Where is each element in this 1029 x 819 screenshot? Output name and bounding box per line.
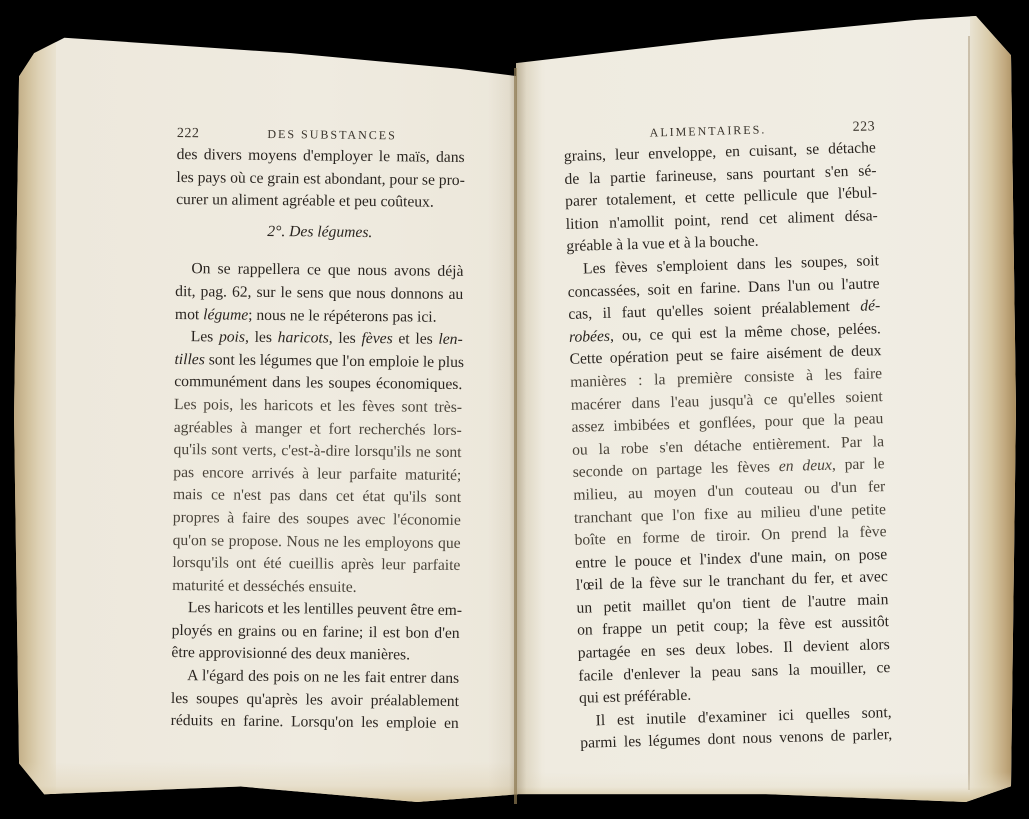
text-fragment: et les [393,330,439,347]
text-fragment: , par le [832,455,885,473]
text-line: les pays où ce grain est abondant, pour … [176,167,464,193]
left-page-edge-stack [14,30,56,802]
italic-term: robées [569,328,610,346]
text-line: A l'égard des pois on ne les fait entrer… [171,665,459,691]
italic-term: en deux [779,457,832,475]
italic-term: dé- [860,297,880,315]
right-page-edge-stack [970,16,1016,802]
left-running-head: 222 DES SUBSTANCES [177,122,465,145]
text-line: être approvisionné des deux manières. [171,642,459,668]
italic-term: pois [219,329,245,346]
right-page-bottom-stain [516,772,1016,802]
text-line: pas encore arrivés à leur parfaite matur… [173,462,461,488]
italic-term: fèves [361,330,392,347]
text-line: qu'on se propose. Nous ne les employons … [172,529,460,555]
italic-term: haricots [278,329,329,347]
text-fragment: Les [191,328,219,345]
text-fragment: ; nous ne le répéterons pas ici. [248,306,437,325]
text-line: tilles sont les légumes que l'on emploie… [174,349,462,375]
text-line: ployés en grains ou en farine; il est bo… [172,620,460,646]
text-line: réduits en farine. Lorsqu'on les emploie… [171,710,459,736]
text-fragment: sont les légumes que l'on emploie le plu… [205,351,464,371]
section-heading: 2°. Des légumes. [176,220,464,246]
text-fragment: mot [175,306,203,323]
left-page-text: 222 DES SUBSTANCES des divers moyens d'e… [171,122,465,736]
text-line: propres à faire des soupes avec l'économ… [173,507,461,533]
left-page-bottom-stain [14,762,518,802]
text-line: mais ce n'est pas dans cet état qu'ils s… [173,484,461,510]
page-number: 222 [177,123,200,146]
text-line: On se rappellera ce que nous avons déjà [175,258,463,284]
italic-term: tilles [174,351,205,368]
text-line: Les pois, les haricots, les fèves et les… [175,326,463,352]
book-spine [514,68,517,804]
right-gutter-shadow [516,16,542,802]
right-page-text: ALIMENTAIRES. 223 grains, leur enveloppe… [563,115,893,755]
text-line: les soupes qu'après les avoir préalablem… [171,688,459,714]
text-fragment: seconde on partage les fèves [573,458,780,481]
italic-term: len- [438,331,462,348]
text-line: Les pois, les haricots et les fèves sont… [174,394,462,420]
text-line: lorsqu'ils ont été cueillis après leur p… [172,552,460,578]
text-line: mot légume; nous ne le répéterons pas ic… [175,304,463,330]
text-line: qu'ils sont verts, c'est-à-dire lorsqu'i… [173,439,461,465]
text-line: des divers moyens d'employer le maïs, da… [177,144,465,170]
text-line: maturité et desséchés ensuite. [172,575,460,601]
right-page-deckle-edge [968,36,970,790]
text-fragment: , les [245,329,278,346]
text-line: dit, pag. 62, sur le sens que nous donno… [175,281,463,307]
text-fragment: , les [329,330,362,347]
open-book: 222 DES SUBSTANCES des divers moyens d'e… [0,0,1029,819]
text-line: communément dans les soupes économiques. [174,371,462,397]
page-number: 223 [852,116,875,139]
text-line: agréables à manger et fort recherchés lo… [174,417,462,443]
text-line: curer un aliment agréable et peu coûteux… [176,189,464,215]
text-line: Les haricots et les lentilles peuvent êt… [172,597,460,623]
italic-term: légume [203,306,248,323]
